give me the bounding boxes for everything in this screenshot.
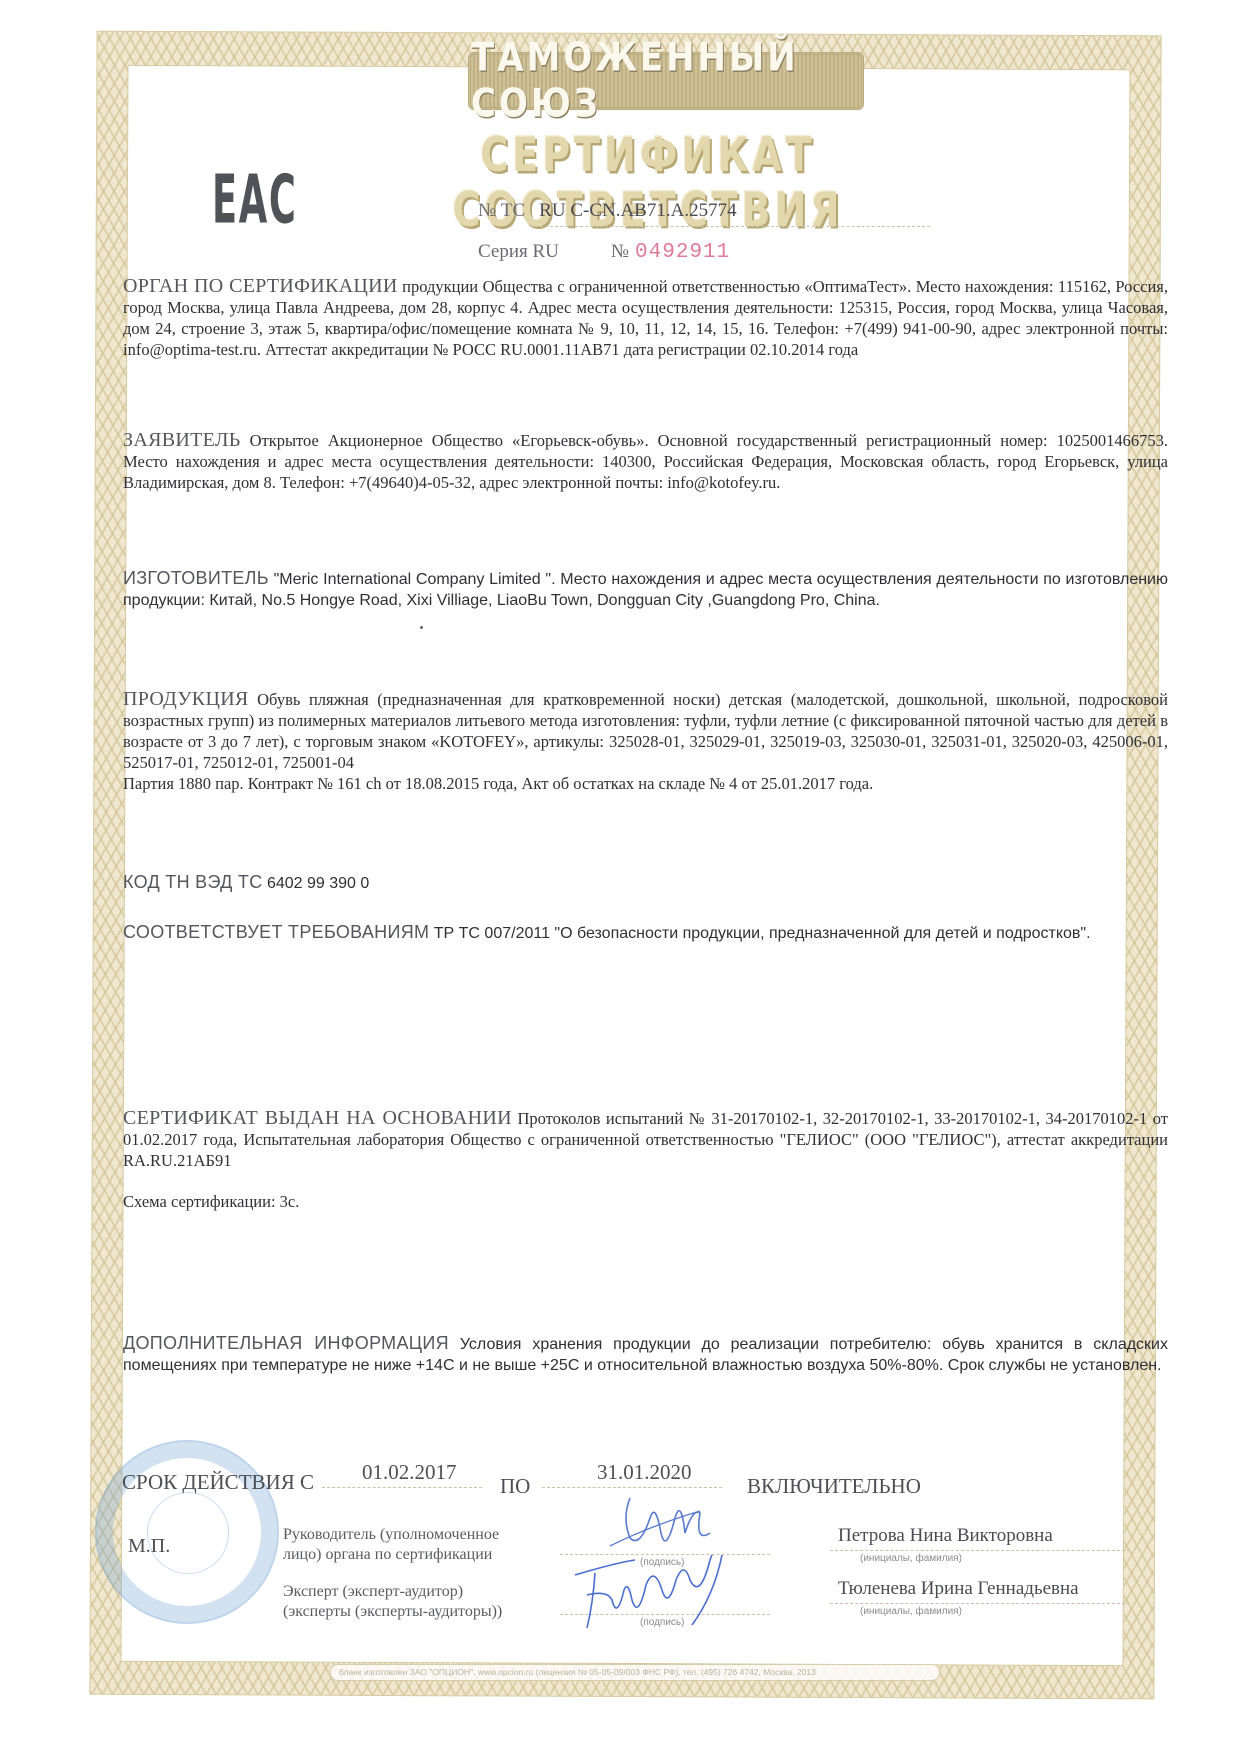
section-heading: ОРГАН ПО СЕРТИФИКАЦИИ [123,275,398,297]
series-no-value: 0492911 [635,241,730,264]
validity-from-date: 01.02.2017 [362,1460,457,1485]
section-text: Обувь пляжная (предназначенная для кратк… [123,690,1168,772]
certificate-number: № ТСRU C-CN.AB71.A.25774 [478,200,737,222]
basis-section: СЕРТИФИКАТ ВЫДАН НА ОСНОВАНИИ Протоколов… [123,1108,1168,1212]
validity-to-label: ПО [500,1474,530,1499]
divider [322,1487,482,1488]
applicant-section: ЗАЯВИТЕЛЬ Открытое Акционерное Общество … [123,430,1168,493]
section-text: ТР ТС 007/2011 "О безопасности продукции… [434,925,1091,942]
seal-stamp-core [147,1492,229,1574]
tn-ved-section: КОД ТН ВЭД ТС 6402 99 390 0 [123,872,1168,894]
head-name: Петрова Нина Викторовна [838,1525,1053,1547]
section-heading: СЕРТИФИКАТ ВЫДАН НА ОСНОВАНИИ [123,1107,512,1129]
section-heading: ИЗГОТОВИТЕЛЬ [123,568,269,588]
certificate-number-value: RU C-CN.AB71.A.25774 [539,200,736,221]
series-no-label: № [611,241,629,262]
seal-label: М.П. [128,1535,170,1558]
expert-signature-icon [565,1555,755,1645]
section-heading: ПРОДУКЦИЯ [123,688,249,710]
divider [830,1603,1130,1604]
section-text: 6402 99 390 0 [267,875,369,892]
requirements-section: СООТВЕТСТВУЕТ ТРЕБОВАНИЯМ ТР ТС 007/2011… [123,922,1168,944]
series-number: Серия RU№0492911 [478,241,730,264]
product-section: ПРОДУКЦИЯ Обувь пляжная (предназначенная… [123,689,1168,794]
section-text: Открытое Акционерное Общество «Егорьевск… [123,431,1168,492]
section-heading: СООТВЕТСТВУЕТ ТРЕБОВАНИЯМ [123,922,429,942]
validity-suffix: ВКЛЮЧИТЕЛЬНО [747,1474,921,1499]
customs-union-banner: ТАМОЖЕННЫЙ СОЮЗ [468,52,864,110]
expert-name: Тюленева Ирина Геннадьевна [838,1578,1079,1600]
additional-info-section: ДОПОЛНИТЕЛЬНАЯ ИНФОРМАЦИЯ Условия хранен… [123,1333,1168,1376]
series-label: Серия RU [478,241,559,262]
printer-note: бланк изготовлен ЗАО "ОПЦИОН", www.opcio… [330,1664,940,1681]
head-label: Руководитель (уполномоченное лицо) орган… [283,1525,499,1565]
expert-label: Эксперт (эксперт-аудитор) (эксперты (экс… [283,1582,502,1622]
certification-body-section: ОРГАН ПО СЕРТИФИКАЦИИ продукции Общества… [123,276,1168,360]
validity-to-date: 31.01.2020 [597,1460,692,1485]
section-heading: ДОПОЛНИТЕЛЬНАЯ ИНФОРМАЦИЯ [123,1333,449,1353]
name-caption: (инициалы, фамилия) [860,1553,962,1564]
section-text: "Meric International Company Limited ". … [123,571,1168,609]
stray-mark [420,626,423,629]
divider [530,226,930,227]
section-heading: ЗАЯВИТЕЛЬ [123,429,241,451]
certification-scheme: Схема сертификации: 3с. [123,1191,1168,1212]
divider [830,1550,1130,1551]
head-signature-icon [600,1488,740,1558]
section-heading: КОД ТН ВЭД ТС [123,872,263,892]
validity-from-label: СРОК ДЕЙСТВИЯ С [122,1470,314,1495]
certificate-number-label: № ТС [478,200,525,221]
eac-logo-icon: EAC [212,160,297,238]
manufacturer-section: ИЗГОТОВИТЕЛЬ "Meric International Compan… [123,568,1168,611]
product-batch: Партия 1880 пар. Контракт № 161 ch от 18… [123,773,1168,794]
name-caption: (инициалы, фамилия) [860,1606,962,1617]
banner-text: ТАМОЖЕННЫЙ СОЮЗ [471,35,861,127]
